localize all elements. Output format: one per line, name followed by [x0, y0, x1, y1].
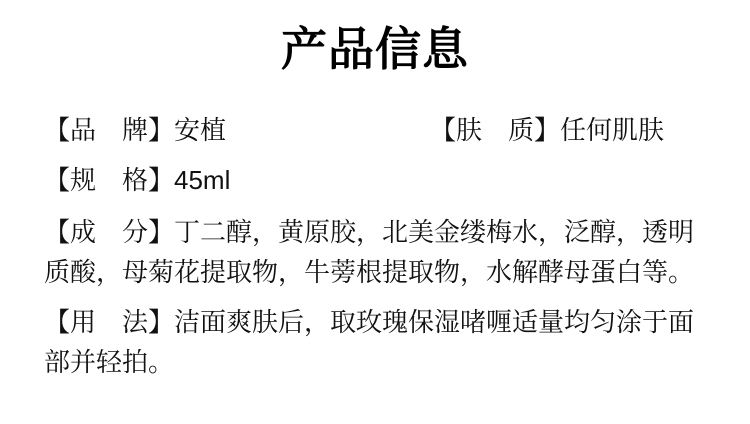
ingredients-text-1: 丁二醇，黄原胶，北美金缕梅水，泛醇，透明	[174, 217, 694, 247]
skin-type-field: 【肤 质】任何肌肤	[430, 110, 664, 150]
usage-field: 【用 法】洁面爽肤后，取玫瑰保湿啫喱适量均匀涂于面 部并轻拍。	[44, 302, 694, 382]
brand-value: 安植	[174, 115, 226, 145]
spec-field: 【规 格】45ml	[44, 160, 230, 200]
skin-type-value: 任何肌肤	[560, 115, 664, 145]
spec-value: 45ml	[174, 165, 230, 195]
usage-line-1: 【用 法】洁面爽肤后，取玫瑰保湿啫喱适量均匀涂于面	[44, 302, 694, 342]
usage-label: 【用 法】	[44, 307, 174, 337]
brand-label: 【品 牌】	[44, 115, 174, 145]
ingredients-line-2: 质酸，母菊花提取物，牛蒡根提取物，水解酵母蛋白等。	[44, 252, 694, 292]
skin-type-label: 【肤 质】	[430, 115, 560, 145]
ingredients-field: 【成 分】丁二醇，黄原胶，北美金缕梅水，泛醇，透明 质酸，母菊花提取物，牛蒡根提…	[44, 212, 694, 292]
product-info-page: 产品信息 【品 牌】安植 【肤 质】任何肌肤 【规 格】45ml 【成 分】丁二…	[0, 0, 750, 424]
usage-line-2: 部并轻拍。	[44, 342, 694, 382]
page-title: 产品信息	[0, 26, 750, 72]
spec-label: 【规 格】	[44, 165, 174, 195]
usage-text-1: 洁面爽肤后，取玫瑰保湿啫喱适量均匀涂于面	[174, 307, 694, 337]
ingredients-label: 【成 分】	[44, 217, 174, 247]
brand-skin-row: 【品 牌】安植 【肤 质】任何肌肤	[44, 110, 750, 150]
brand-field: 【品 牌】安植	[44, 115, 226, 145]
ingredients-line-1: 【成 分】丁二醇，黄原胶，北美金缕梅水，泛醇，透明	[44, 212, 694, 252]
